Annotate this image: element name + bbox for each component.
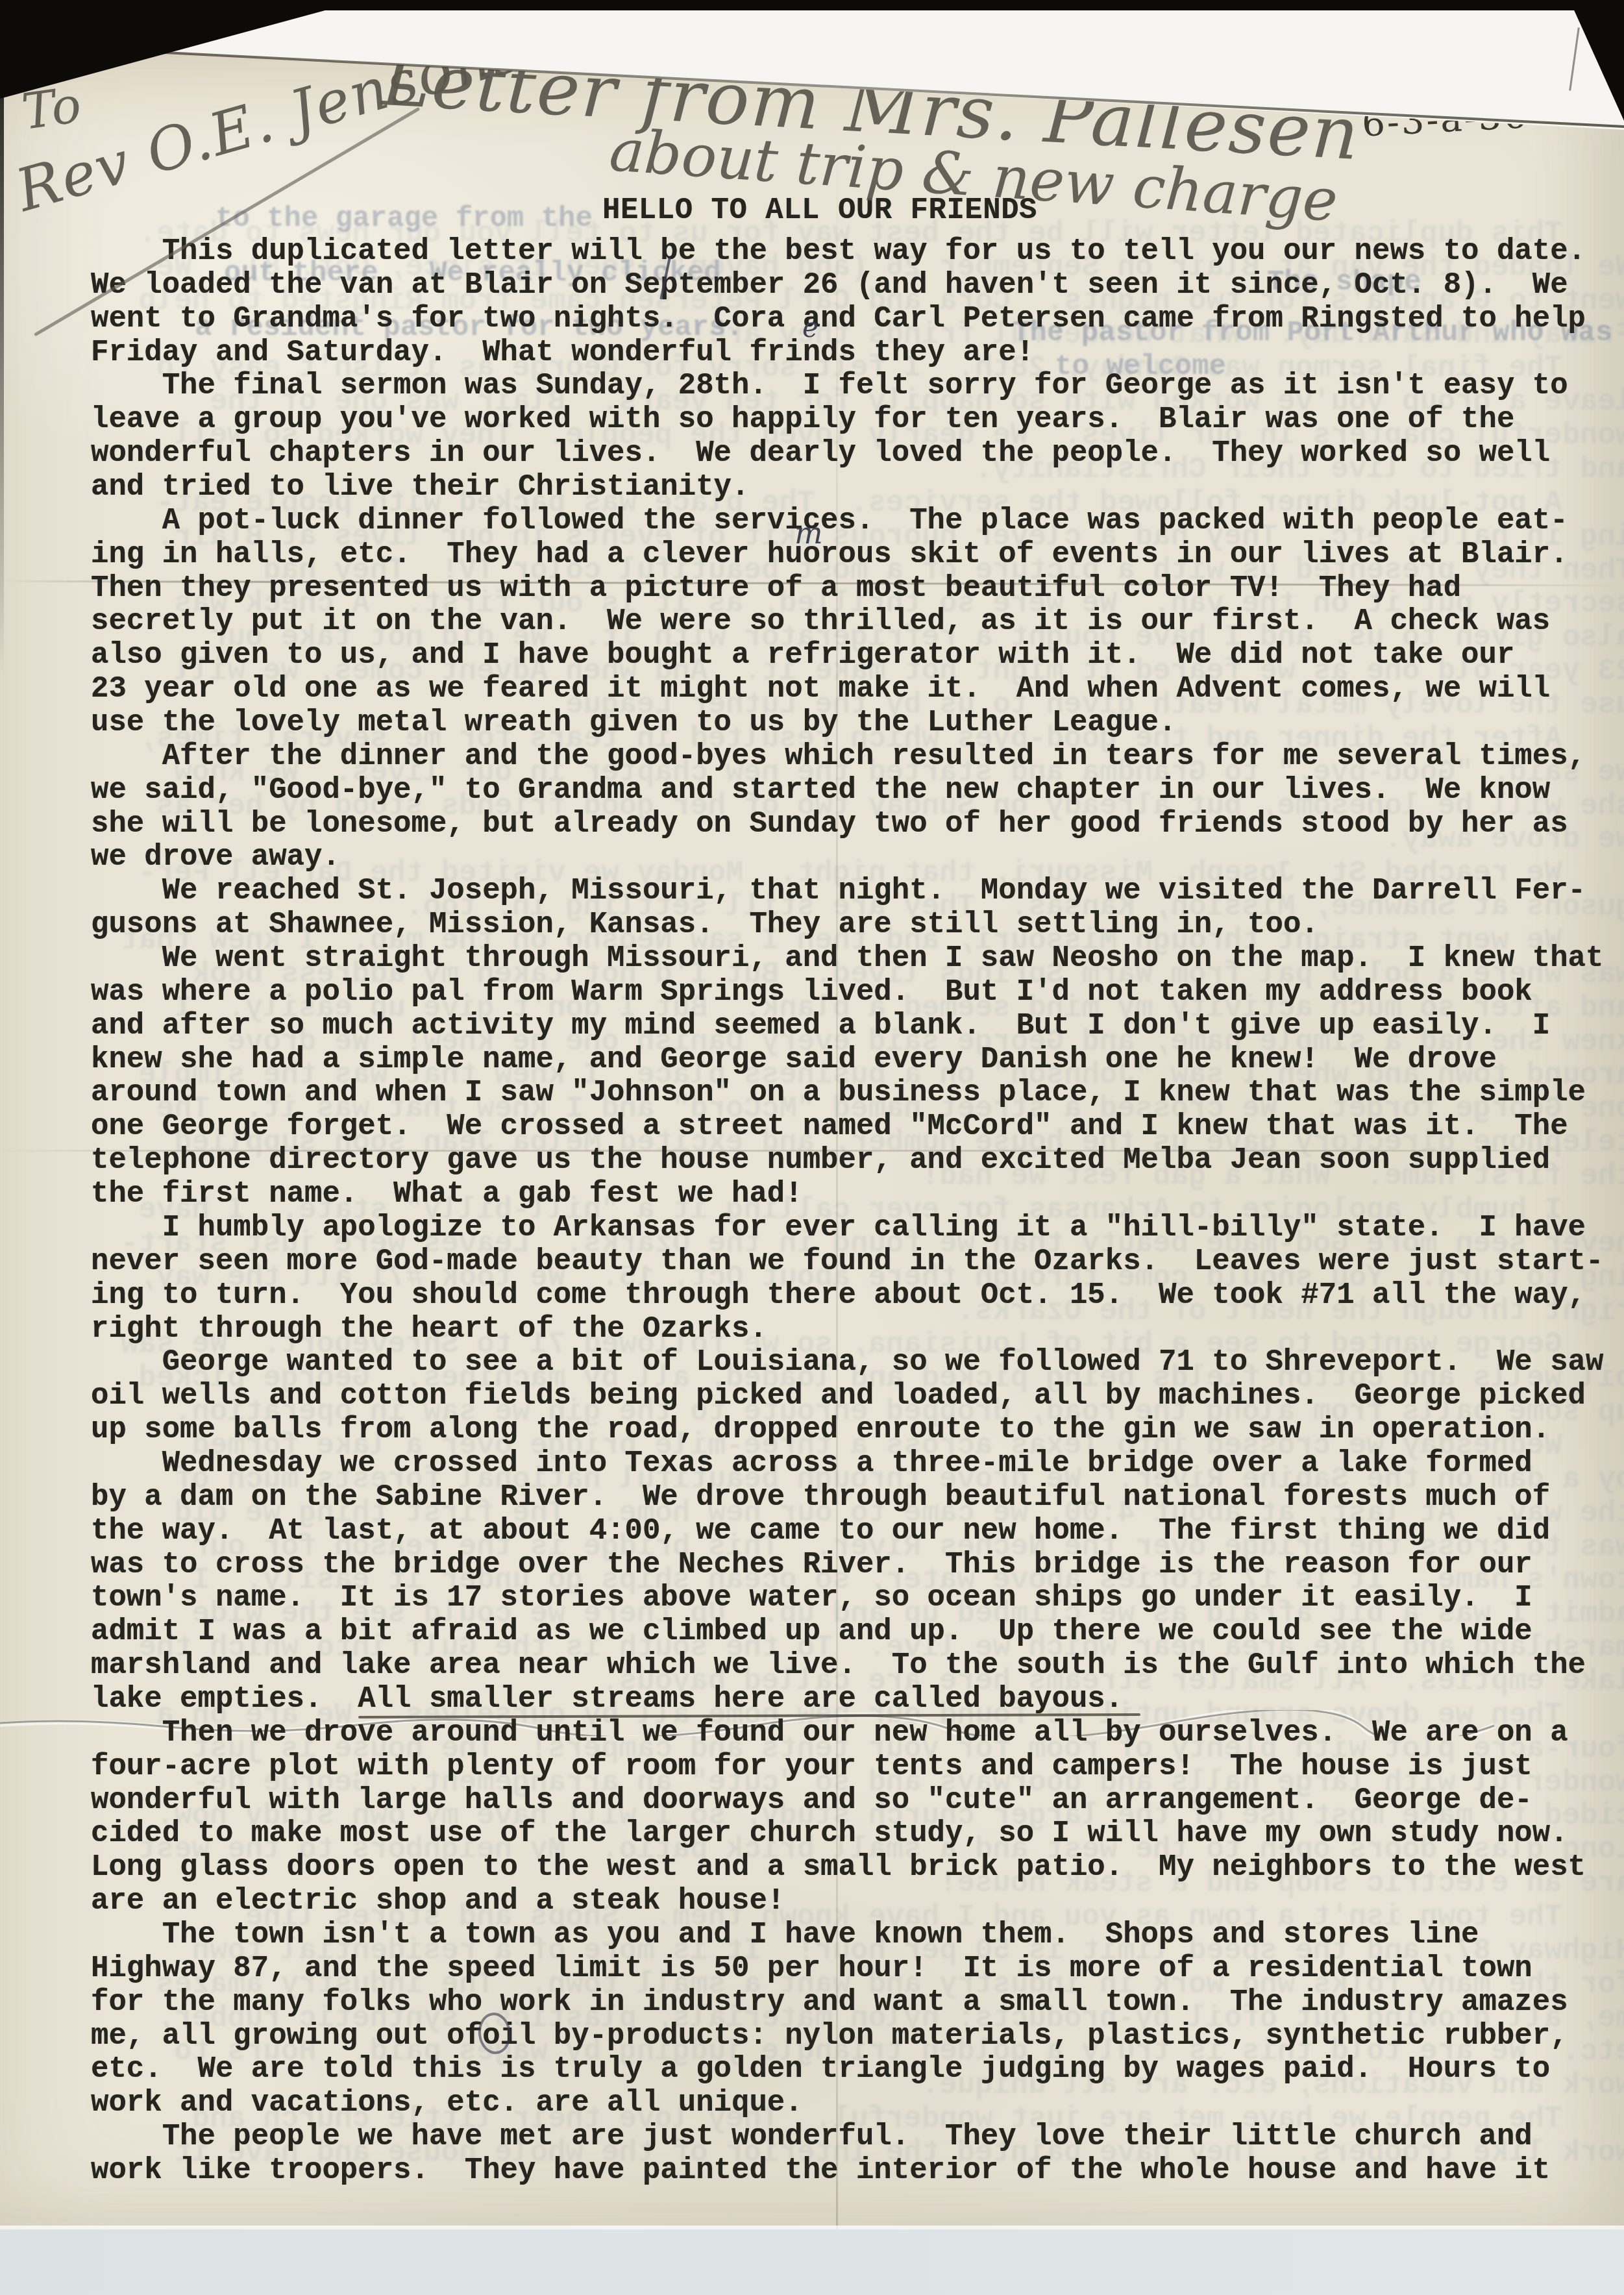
ghost-fragment: to the garage from the bbox=[215, 203, 593, 235]
scanner-background-bottom bbox=[0, 2229, 1624, 2295]
inserted-letter-e: e bbox=[802, 312, 818, 343]
inserted-letter-m: m bbox=[794, 515, 823, 551]
scanned-letter-photo: This duplicated letter will be the best … bbox=[0, 0, 1624, 2295]
letter-body: This duplicated letter will be the best … bbox=[91, 235, 1603, 2188]
scan-edge-left bbox=[0, 91, 4, 675]
